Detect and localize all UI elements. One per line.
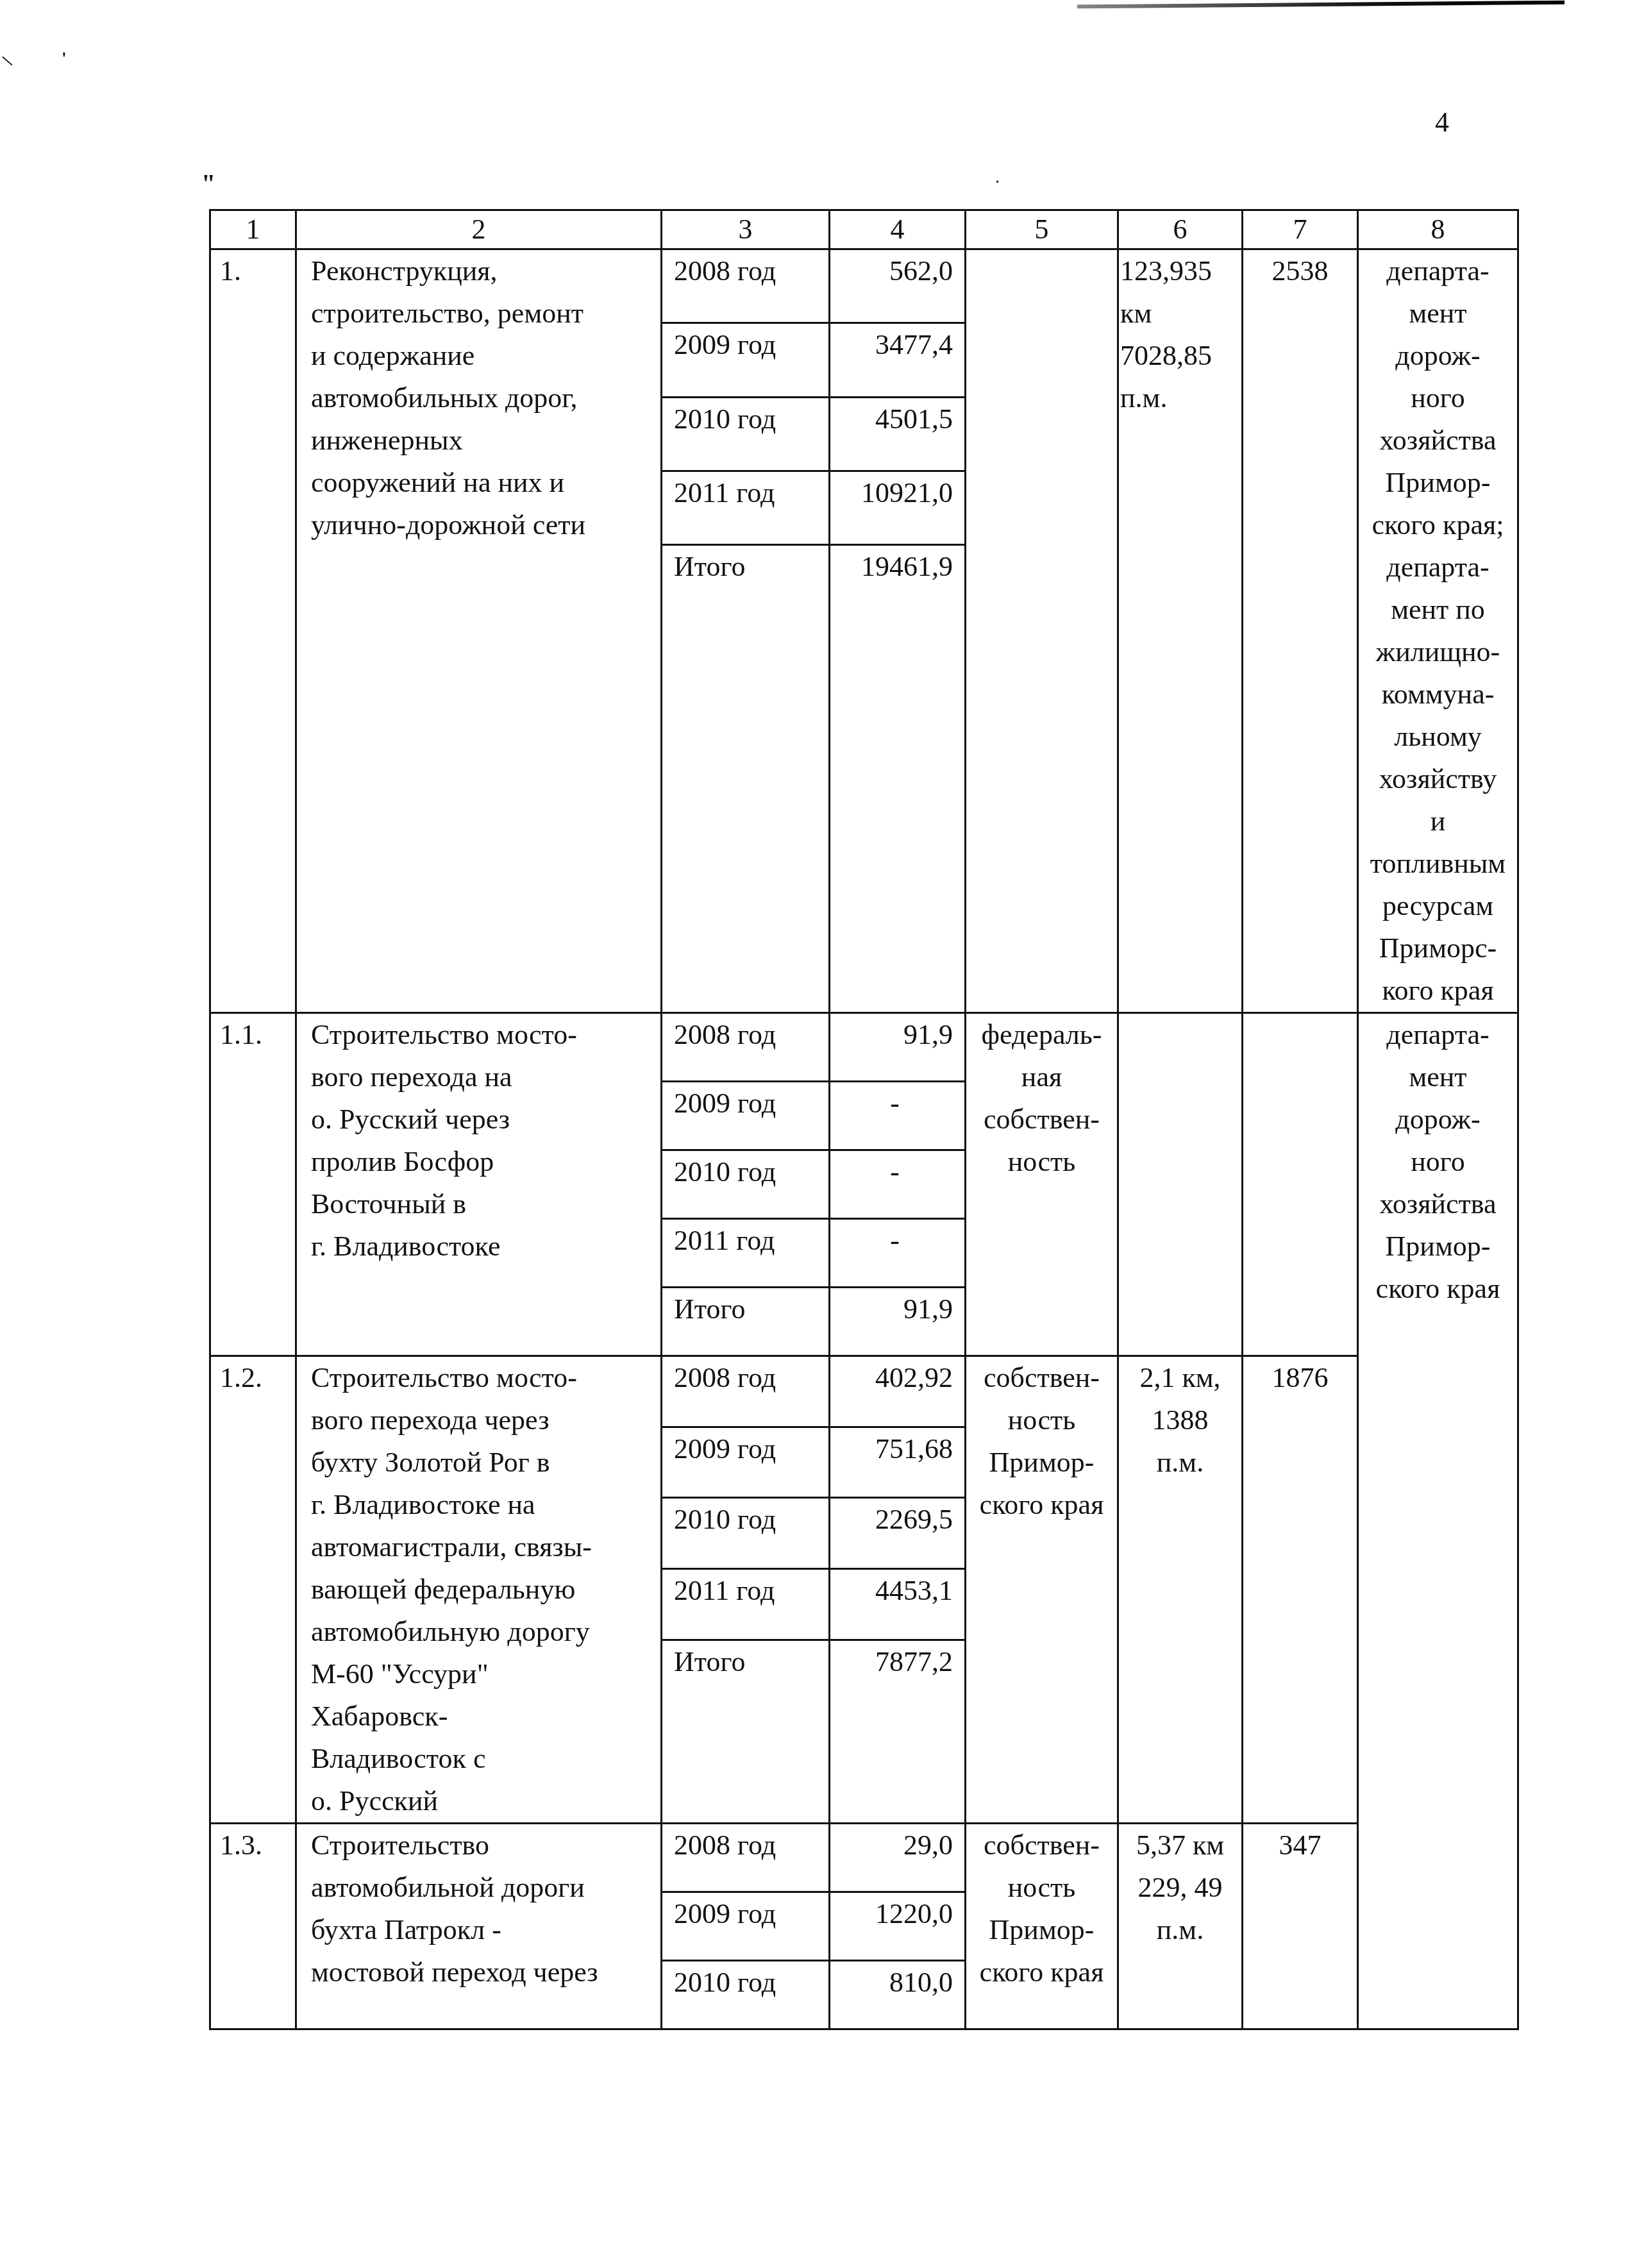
year-label: 2008 год bbox=[662, 1356, 830, 1427]
funding-value: 751,68 bbox=[830, 1427, 966, 1498]
length-cell-line: п.м. bbox=[1125, 1441, 1235, 1484]
responsible-cell-line: Примор- bbox=[1365, 462, 1511, 504]
stray-mark: ' bbox=[62, 49, 67, 69]
responsible-cell-line: ного bbox=[1365, 1141, 1511, 1183]
funding-value: 402,92 bbox=[830, 1356, 966, 1427]
item-number: 1. bbox=[210, 249, 296, 1013]
item-description: Строительствоавтомобильной дорогибухта П… bbox=[296, 1824, 662, 2029]
responsible-cell-line: льному bbox=[1365, 716, 1511, 758]
year-label: 2011 год bbox=[662, 1568, 830, 1640]
responsible-cell-line: хозяйства bbox=[1365, 419, 1511, 462]
cost-cell: 1876 bbox=[1243, 1356, 1358, 1824]
responsible-cell-line: департа- bbox=[1365, 1014, 1511, 1056]
year-label: 2011 год bbox=[662, 1219, 830, 1288]
funding-value: 91,9 bbox=[830, 1288, 966, 1356]
responsible-cell: департа-ментдорож-ногохозяйстваПримор-ск… bbox=[1358, 249, 1518, 1013]
item-description-line: мостовой переход через bbox=[311, 1951, 654, 1994]
item-description-line: г. Владивостоке bbox=[311, 1225, 654, 1268]
responsible-cell-line: и bbox=[1365, 800, 1511, 843]
cost-cell: 347 bbox=[1243, 1824, 1358, 2029]
item-description-line: инженерных bbox=[311, 419, 654, 462]
item-description-line: бухта Патрокл - bbox=[311, 1909, 654, 1951]
item-description-line: автомобильных дорог, bbox=[311, 377, 654, 419]
year-label: 2008 год bbox=[662, 1013, 830, 1082]
length-cell: 5,37 км229, 49п.м. bbox=[1118, 1824, 1243, 2029]
ownership-cell-line: федераль- bbox=[973, 1014, 1111, 1056]
funding-value: 1220,0 bbox=[830, 1892, 966, 1961]
year-label: 2008 год bbox=[662, 249, 830, 323]
header-cell: 1 bbox=[210, 210, 296, 249]
item-description-line: М-60 "Уссури" bbox=[311, 1653, 654, 1695]
item-description-line: автомобильную дорогу bbox=[311, 1611, 654, 1653]
item-description-line: Реконструкция, bbox=[311, 250, 654, 292]
funding-value: 2269,5 bbox=[830, 1498, 966, 1569]
item-description-line: Хабаровск- bbox=[311, 1695, 654, 1738]
item-description-line: строительство, ремонт bbox=[311, 292, 654, 335]
ownership-cell: собствен-ностьПримор-ского края bbox=[966, 1824, 1118, 2029]
cost-cell: 2538 bbox=[1243, 249, 1358, 1013]
year-label: 2010 год bbox=[662, 1498, 830, 1569]
ownership-cell-line: собствен- bbox=[973, 1824, 1111, 1867]
year-label: 2008 год bbox=[662, 1824, 830, 1892]
ownership-cell-line: Примор- bbox=[973, 1441, 1111, 1484]
scan-artifact-line bbox=[1077, 1, 1565, 9]
ownership-cell-line: Примор- bbox=[973, 1909, 1111, 1951]
length-cell: 123,935км7028,85п.м. bbox=[1118, 249, 1243, 1013]
funding-value: - bbox=[830, 1219, 966, 1288]
header-cell: 7 bbox=[1243, 210, 1358, 249]
item-description-line: г. Владивостоке на bbox=[311, 1484, 654, 1526]
stray-mark: " bbox=[201, 168, 215, 198]
responsible-cell-line: департа- bbox=[1365, 250, 1511, 292]
responsible-cell-line: ского края bbox=[1365, 1268, 1511, 1310]
table-row: 1.2.Строительство мосто-вого перехода че… bbox=[210, 1356, 1518, 1427]
responsible-cell-line: Приморс- bbox=[1365, 927, 1511, 970]
responsible-cell-line: хозяйства bbox=[1365, 1183, 1511, 1225]
ownership-cell-line: ная bbox=[973, 1056, 1111, 1098]
year-label: Итого bbox=[662, 1640, 830, 1823]
length-cell: 2,1 км,1388п.м. bbox=[1118, 1356, 1243, 1824]
ownership-cell-line: ского края bbox=[973, 1484, 1111, 1526]
item-description-line: вого перехода через bbox=[311, 1399, 654, 1441]
responsible-cell-line: мент bbox=[1365, 1056, 1511, 1098]
ownership-cell-line: собствен- bbox=[973, 1357, 1111, 1399]
responsible-cell-line: дорож- bbox=[1365, 1098, 1511, 1141]
header-cell: 4 bbox=[830, 210, 966, 249]
ownership-cell-line: ского края bbox=[973, 1951, 1111, 1994]
responsible-cell-line: ного bbox=[1365, 377, 1511, 419]
responsible-cell-line: ского края; bbox=[1365, 504, 1511, 546]
length-cell-line: 2,1 км, bbox=[1125, 1357, 1235, 1399]
year-label: 2010 год bbox=[662, 1961, 830, 2029]
item-description-line: Строительство мосто- bbox=[311, 1357, 654, 1399]
year-label: 2009 год bbox=[662, 323, 830, 397]
item-description-line: Восточный в bbox=[311, 1183, 654, 1225]
item-description-line: Владивосток с bbox=[311, 1738, 654, 1780]
year-label: Итого bbox=[662, 545, 830, 1013]
table-row: 1.Реконструкция,строительство, ремонти с… bbox=[210, 249, 1518, 323]
table-body: 1 2 3 4 5 6 7 8 1.Реконструкция,строител… bbox=[210, 210, 1518, 2029]
length-cell-line: 5,37 км bbox=[1125, 1824, 1235, 1867]
header-cell: 5 bbox=[966, 210, 1118, 249]
ownership-cell: федераль-наясобствен-ность bbox=[966, 1013, 1118, 1356]
responsible-cell-line: ресурсам bbox=[1365, 885, 1511, 927]
item-description-line: о. Русский bbox=[311, 1780, 654, 1822]
year-label: 2009 год bbox=[662, 1892, 830, 1961]
funding-value: 810,0 bbox=[830, 1961, 966, 2029]
responsible-cell-line: Примор- bbox=[1365, 1225, 1511, 1268]
header-row: 1 2 3 4 5 6 7 8 bbox=[210, 210, 1518, 249]
stray-mark: \ bbox=[1, 51, 15, 72]
table-row: 1.3.Строительствоавтомобильной дорогибух… bbox=[210, 1824, 1518, 1892]
stray-mark: . bbox=[996, 172, 999, 187]
ownership-cell-line: собствен- bbox=[973, 1098, 1111, 1141]
item-number: 1.1. bbox=[210, 1013, 296, 1356]
item-description-line: Строительство мосто- bbox=[311, 1014, 654, 1056]
funding-value: 29,0 bbox=[830, 1824, 966, 1892]
header-cell: 2 bbox=[296, 210, 662, 249]
funding-value: 10921,0 bbox=[830, 471, 966, 544]
funding-value: - bbox=[830, 1082, 966, 1150]
length-cell-line: 123,935 bbox=[1120, 250, 1235, 292]
length-cell-line: 1388 bbox=[1125, 1399, 1235, 1441]
page-number: 4 bbox=[1435, 106, 1449, 139]
responsible-cell-line: мент bbox=[1365, 292, 1511, 335]
funding-value: 91,9 bbox=[830, 1013, 966, 1082]
responsible-cell-line: департа- bbox=[1365, 546, 1511, 589]
responsible-cell-line: топливным bbox=[1365, 843, 1511, 885]
item-description: Строительство мосто-вого перехода черезб… bbox=[296, 1356, 662, 1824]
ownership-cell-line: ность bbox=[973, 1399, 1111, 1441]
funding-value: 4453,1 bbox=[830, 1568, 966, 1640]
length-cell-line: 229, 49 bbox=[1125, 1867, 1235, 1909]
item-number: 1.3. bbox=[210, 1824, 296, 2029]
item-description-line: бухту Золотой Рог в bbox=[311, 1441, 654, 1484]
responsible-cell-line: кого края bbox=[1365, 970, 1511, 1012]
item-description: Строительство мосто-вого перехода нао. Р… bbox=[296, 1013, 662, 1356]
header-cell: 6 bbox=[1118, 210, 1243, 249]
responsible-cell-line: хозяйству bbox=[1365, 758, 1511, 800]
cost-cell bbox=[1243, 1013, 1358, 1356]
funding-value: - bbox=[830, 1150, 966, 1219]
length-cell bbox=[1118, 1013, 1243, 1356]
year-label: 2009 год bbox=[662, 1427, 830, 1498]
funding-value: 7877,2 bbox=[830, 1640, 966, 1823]
ownership-cell bbox=[966, 249, 1118, 1013]
item-description-line: улично-дорожной сети bbox=[311, 504, 654, 546]
responsible-cell-line: дорож- bbox=[1365, 335, 1511, 377]
program-table: 1 2 3 4 5 6 7 8 1.Реконструкция,строител… bbox=[209, 209, 1519, 2030]
item-description: Реконструкция,строительство, ремонти сод… bbox=[296, 249, 662, 1013]
length-cell-line: п.м. bbox=[1120, 377, 1235, 419]
responsible-cell-line: коммуна- bbox=[1365, 673, 1511, 716]
year-label: 2010 год bbox=[662, 1150, 830, 1219]
table-row: 1.1.Строительство мосто-вого перехода на… bbox=[210, 1013, 1518, 1082]
funding-value: 3477,4 bbox=[830, 323, 966, 397]
ownership-cell: собствен-ностьПримор-ского края bbox=[966, 1356, 1118, 1824]
item-description-line: о. Русский через bbox=[311, 1098, 654, 1141]
item-description-line: автомагистрали, связы- bbox=[311, 1526, 654, 1568]
responsible-cell: департа-ментдорож-ногохозяйстваПримор-ск… bbox=[1358, 1013, 1518, 2029]
length-cell-line: п.м. bbox=[1125, 1909, 1235, 1951]
year-label: 2011 год bbox=[662, 471, 830, 544]
length-cell-line: 7028,85 bbox=[1120, 335, 1235, 377]
item-description-line: вающей федеральную bbox=[311, 1568, 654, 1611]
item-description-line: автомобильной дороги bbox=[311, 1867, 654, 1909]
year-label: 2009 год bbox=[662, 1082, 830, 1150]
header-cell: 3 bbox=[662, 210, 830, 249]
funding-value: 4501,5 bbox=[830, 397, 966, 471]
year-label: Итого bbox=[662, 1288, 830, 1356]
responsible-cell-line: жилищно- bbox=[1365, 631, 1511, 673]
item-description-line: сооружений на них и bbox=[311, 462, 654, 504]
item-number: 1.2. bbox=[210, 1356, 296, 1824]
item-description-line: и содержание bbox=[311, 335, 654, 377]
funding-value: 562,0 bbox=[830, 249, 966, 323]
ownership-cell-line: ность bbox=[973, 1141, 1111, 1183]
funding-value: 19461,9 bbox=[830, 545, 966, 1013]
item-description-line: пролив Босфор bbox=[311, 1141, 654, 1183]
item-description-line: Строительство bbox=[311, 1824, 654, 1867]
ownership-cell-line: ность bbox=[973, 1867, 1111, 1909]
year-label: 2010 год bbox=[662, 397, 830, 471]
item-description-line: вого перехода на bbox=[311, 1056, 654, 1098]
responsible-cell-line: мент по bbox=[1365, 589, 1511, 631]
header-cell: 8 bbox=[1358, 210, 1518, 249]
length-cell-line: км bbox=[1120, 292, 1235, 335]
